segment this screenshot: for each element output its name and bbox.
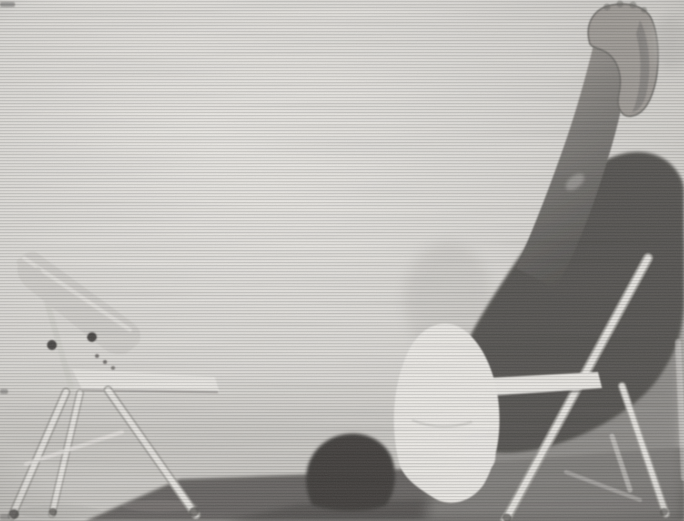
vignette-overlay xyxy=(0,0,684,521)
halftone-photo xyxy=(0,0,684,521)
